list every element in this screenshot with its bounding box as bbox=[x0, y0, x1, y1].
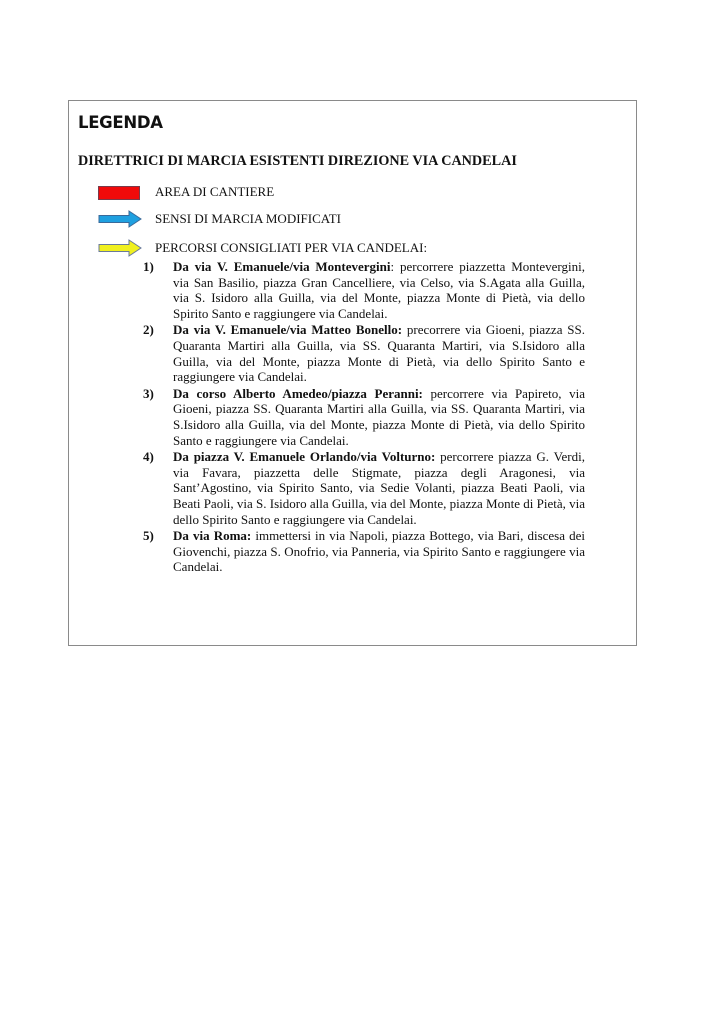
red-rectangle-icon bbox=[98, 186, 140, 200]
route-origin: Da corso Alberto Amedeo/piazza Peranni: bbox=[173, 386, 423, 401]
route-item: 2)Da via V. Emanuele/via Matteo Bonello:… bbox=[143, 322, 585, 384]
key-label: AREA DI CANTIERE bbox=[155, 183, 274, 201]
section-title: DIRETTRICI DI MARCIA ESISTENTI DIREZIONE… bbox=[78, 153, 517, 170]
route-origin: Da piazza V. Emanuele Orlando/via Voltur… bbox=[173, 449, 435, 464]
key-area-di-cantiere: AREA DI CANTIERE bbox=[98, 183, 140, 201]
route-origin: Da via Roma: bbox=[173, 528, 251, 543]
yellow-arrow-icon bbox=[98, 239, 142, 257]
route-item: 5)Da via Roma: immettersi in via Napoli,… bbox=[143, 528, 585, 575]
blue-arrow-icon bbox=[98, 210, 142, 228]
route-item: 3)Da corso Alberto Amedeo/piazza Peranni… bbox=[143, 386, 585, 448]
route-origin: Da via V. Emanuele/via Montevergini bbox=[173, 259, 391, 274]
route-item: 1)Da via V. Emanuele/via Montevergini: p… bbox=[143, 259, 585, 321]
key-percorsi-consigliati: PERCORSI CONSIGLIATI PER VIA CANDELAI: bbox=[98, 239, 142, 257]
route-item: 4)Da piazza V. Emanuele Orlando/via Volt… bbox=[143, 449, 585, 527]
key-sensi-di-marcia: SENSI DI MARCIA MODIFICATI bbox=[98, 210, 142, 228]
routes-list: 1)Da via V. Emanuele/via Montevergini: p… bbox=[143, 259, 585, 576]
legend-box: LEGENDA DIRETTRICI DI MARCIA ESISTENTI D… bbox=[68, 100, 637, 646]
legend-title: LEGENDA bbox=[78, 113, 163, 132]
route-origin: Da via V. Emanuele/via Matteo Bonello: bbox=[173, 322, 402, 337]
key-label: PERCORSI CONSIGLIATI PER VIA CANDELAI: bbox=[155, 239, 427, 257]
key-label: SENSI DI MARCIA MODIFICATI bbox=[155, 210, 341, 228]
